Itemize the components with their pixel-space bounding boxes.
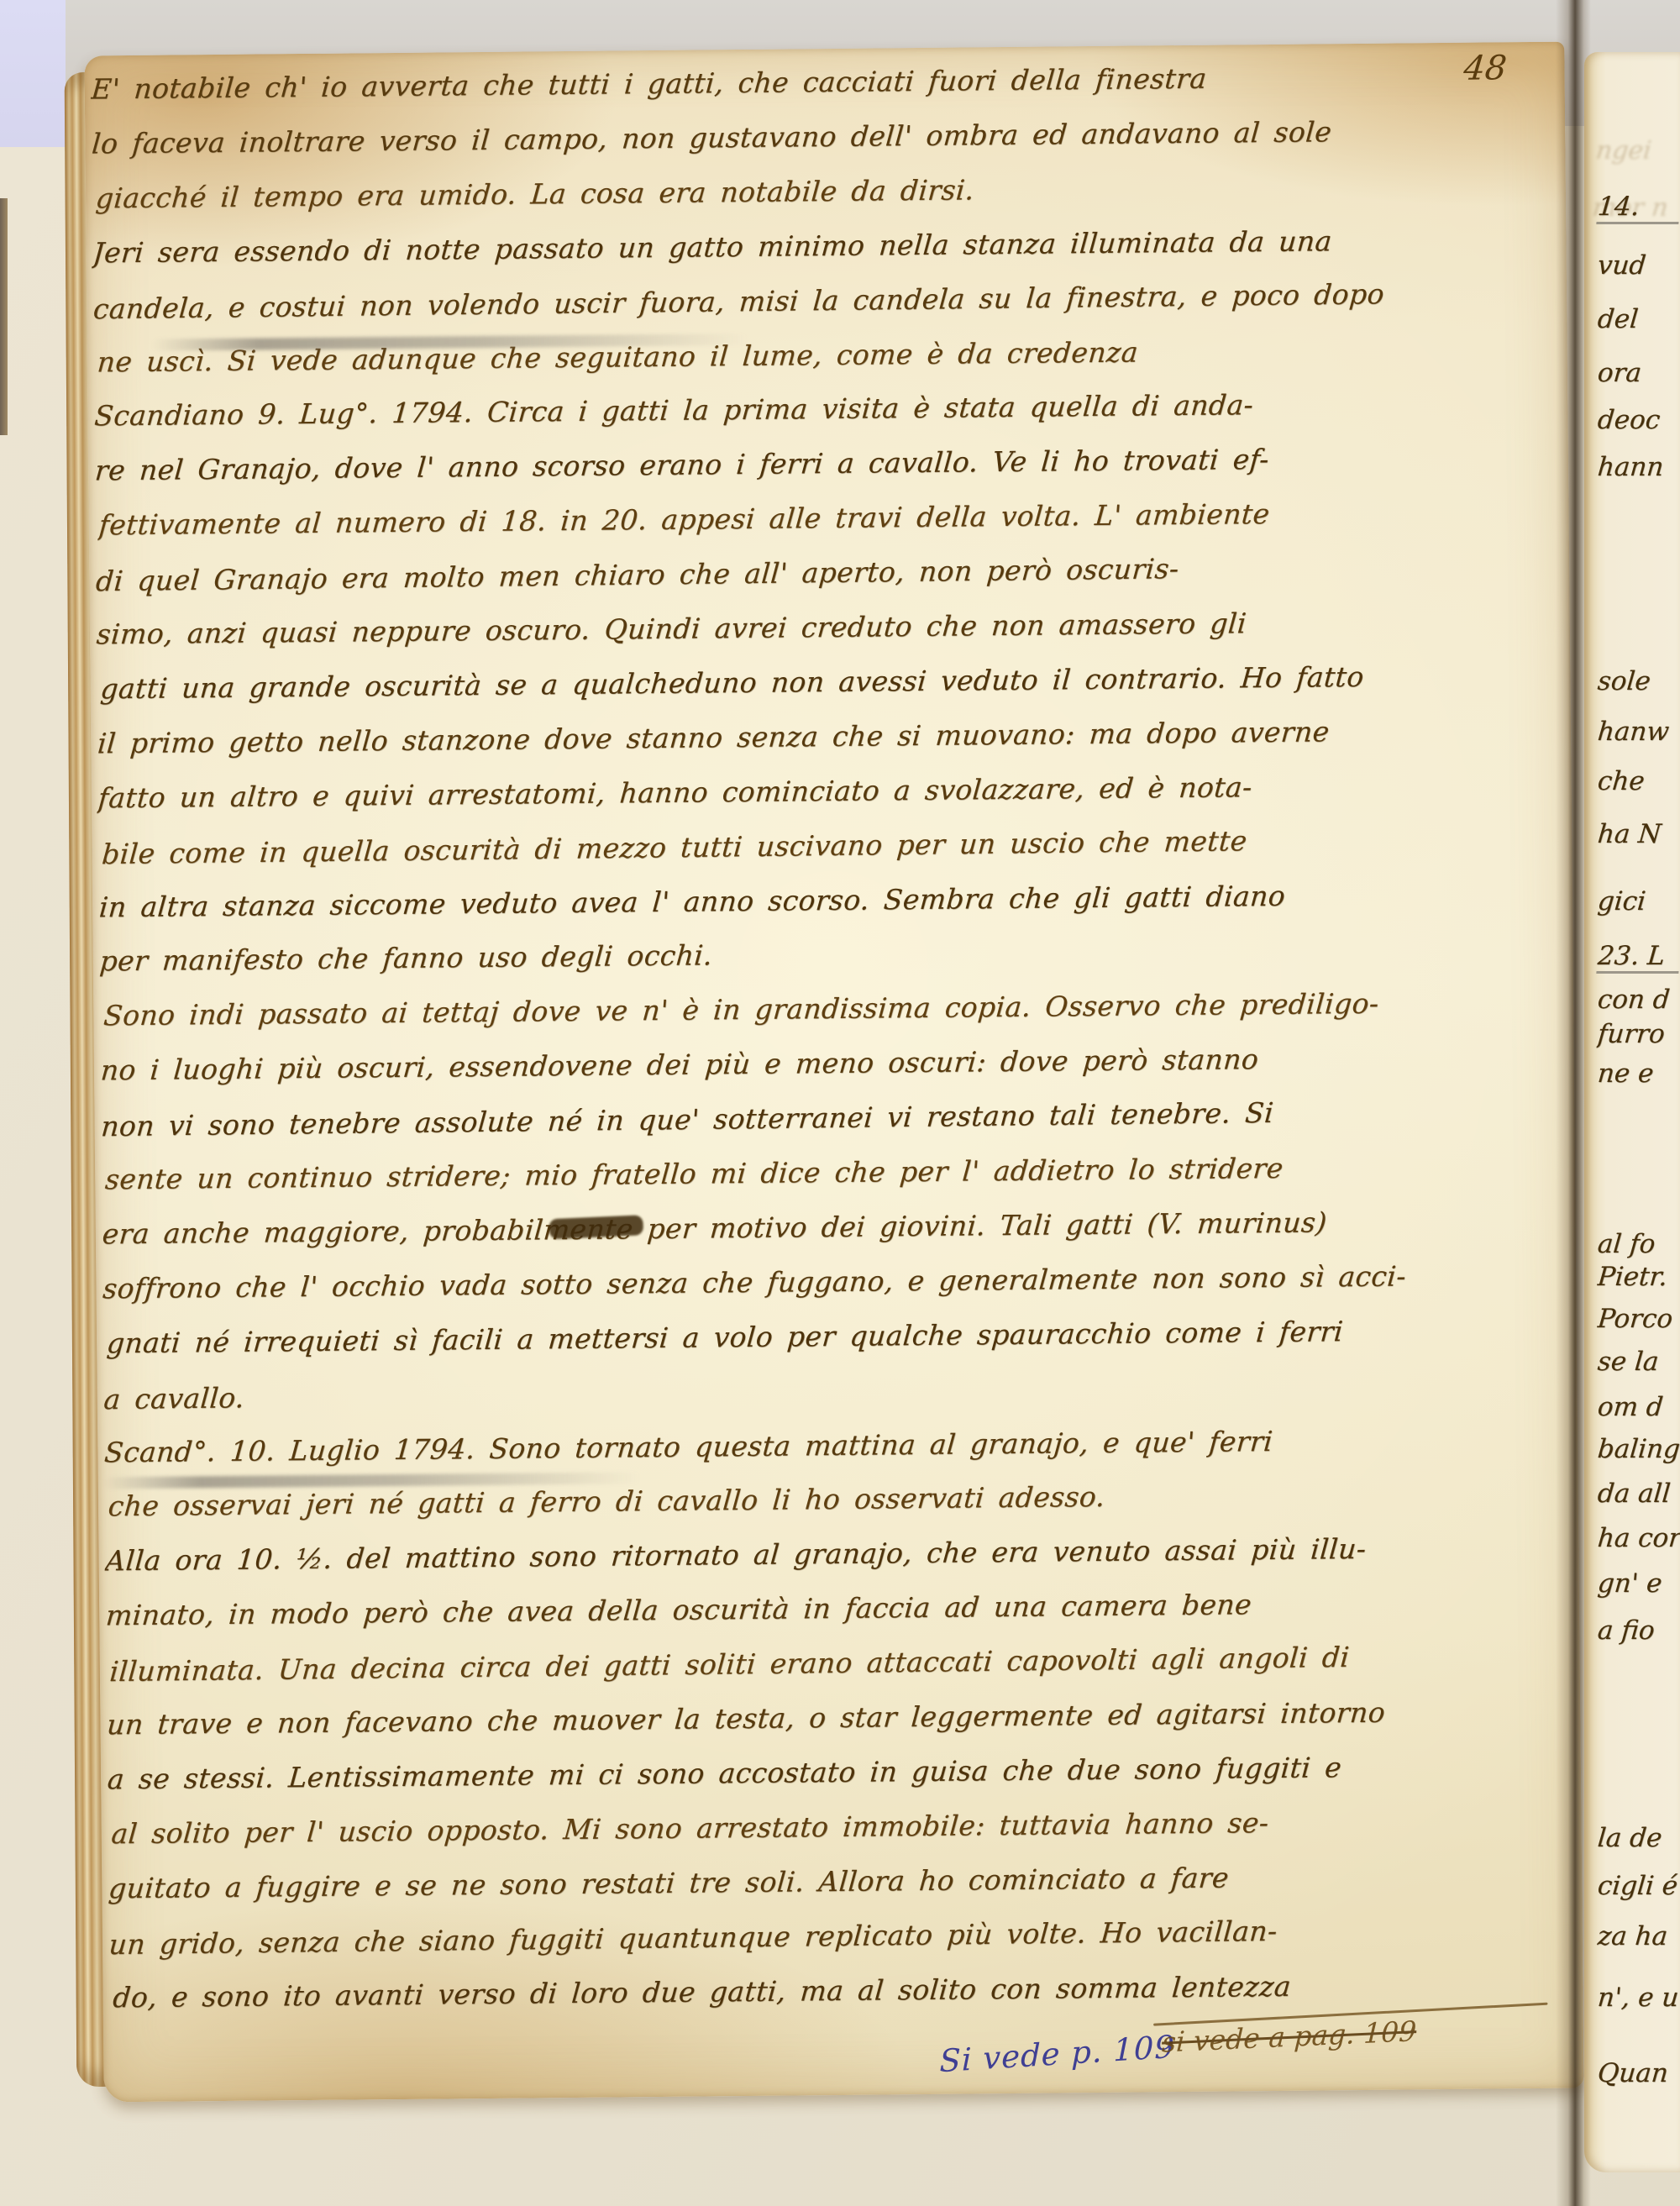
- lavender-card: [0, 0, 66, 147]
- manuscript-line: bile come in quella oscurità di mezzo tu…: [101, 820, 1567, 870]
- ink-bleedthrough: ngei: [1594, 136, 1653, 165]
- manuscript-line: giacché il tempo era umido. La cosa era …: [94, 167, 1560, 214]
- manuscript-line: do, e sono ito avanti verso di loro due …: [112, 1967, 1578, 2014]
- manuscript-line: no i luoghi più oscuri, essendovene dei …: [99, 1040, 1565, 1087]
- sheet-edge-sliver: [0, 198, 8, 435]
- manuscript-line: Scand°. 10. Luglio 1794. Sono tornato qu…: [103, 1421, 1569, 1468]
- manuscript-line: a cavallo.: [102, 1365, 1568, 1416]
- manuscript-line: al solito per l' uscio opposto. Mi sono …: [110, 1803, 1576, 1850]
- ink-bleedthrough: mor n: [1591, 193, 1669, 223]
- manuscript-line: Scandiano 9. Lug°. 1794. Circa i gatti l…: [93, 386, 1559, 433]
- manuscript-line: un trave e non facevano che muover la te…: [106, 1694, 1572, 1741]
- manuscript-line: un grido, senza che siano fuggiti quantu…: [108, 1910, 1573, 1961]
- manuscript-photo: E' notabile ch' io avverta che tutti i g…: [0, 0, 1680, 2206]
- manuscript-line: re nel Granajo, dove l' anno scorso eran…: [94, 440, 1560, 487]
- folio-number: 48: [1462, 49, 1508, 88]
- manuscript-line: era anche maggiore, probabilmente per mo…: [101, 1204, 1567, 1251]
- crossed-out-word-blot: [549, 1215, 643, 1239]
- manuscript-line: gnati né irrequieti sì facili a mettersi…: [106, 1312, 1572, 1359]
- facing-page-edge: ngei mor n: [1584, 52, 1680, 2172]
- manuscript-line: il primo getto nello stanzone dove stann…: [97, 712, 1562, 759]
- manuscript-line: Sono indi passato ai tettaj dove ve n' è…: [102, 985, 1568, 1032]
- manuscript-line: candela, e costui non volendo uscir fuor…: [92, 275, 1558, 325]
- manuscript-lines: E' notabile ch' io avverta che tutti i g…: [84, 42, 1583, 2103]
- manuscript-line: Alla ora 10. ½. del mattino sono ritorna…: [104, 1531, 1570, 1578]
- manuscript-line: a se stessi. Lentissimamente mi ci sono …: [107, 1748, 1572, 1795]
- manuscript-line: sente un continuo stridere; mio fratello…: [104, 1149, 1570, 1196]
- manuscript-line: per manifesto che fanno uso degli occhi.: [98, 931, 1564, 978]
- manuscript-line: Jeri sera essendo di notte passato un ga…: [92, 222, 1557, 269]
- manuscript-line: illuminata. Una decina circa dei gatti s…: [108, 1638, 1574, 1689]
- manuscript-line: fettivamente al numero di 18. in 20. app…: [97, 495, 1563, 542]
- manuscript-line: minato, in modo però che avea della oscu…: [105, 1585, 1571, 1632]
- manuscript-line: in altra stanza siccome veduto avea l' a…: [98, 876, 1564, 923]
- manuscript-line: non vi sono tenebre assolute né in que' …: [100, 1093, 1566, 1143]
- manuscript-line: lo faceva inoltrare verso il campo, non …: [91, 113, 1557, 160]
- manuscript-line: di quel Granajo era molto men chiaro che…: [95, 548, 1561, 598]
- manuscript-line: E' notabile ch' io avverta che tutti i g…: [90, 59, 1556, 106]
- manuscript-left-page: E' notabile ch' io avverta che tutti i g…: [84, 42, 1583, 2103]
- manuscript-line: soffrono che l' occhio vada sotto senza …: [102, 1258, 1567, 1305]
- manuscript-line: fatto un altro e quivi arrestatomi, hann…: [97, 767, 1562, 814]
- manuscript-line: guitato a fuggire e se ne sono restati t…: [108, 1857, 1573, 1904]
- manuscript-line: simo, anzi quasi neppure oscuro. Quindi …: [95, 604, 1561, 651]
- manuscript-line: gatti una grande oscurità se a qualchedu…: [99, 659, 1565, 706]
